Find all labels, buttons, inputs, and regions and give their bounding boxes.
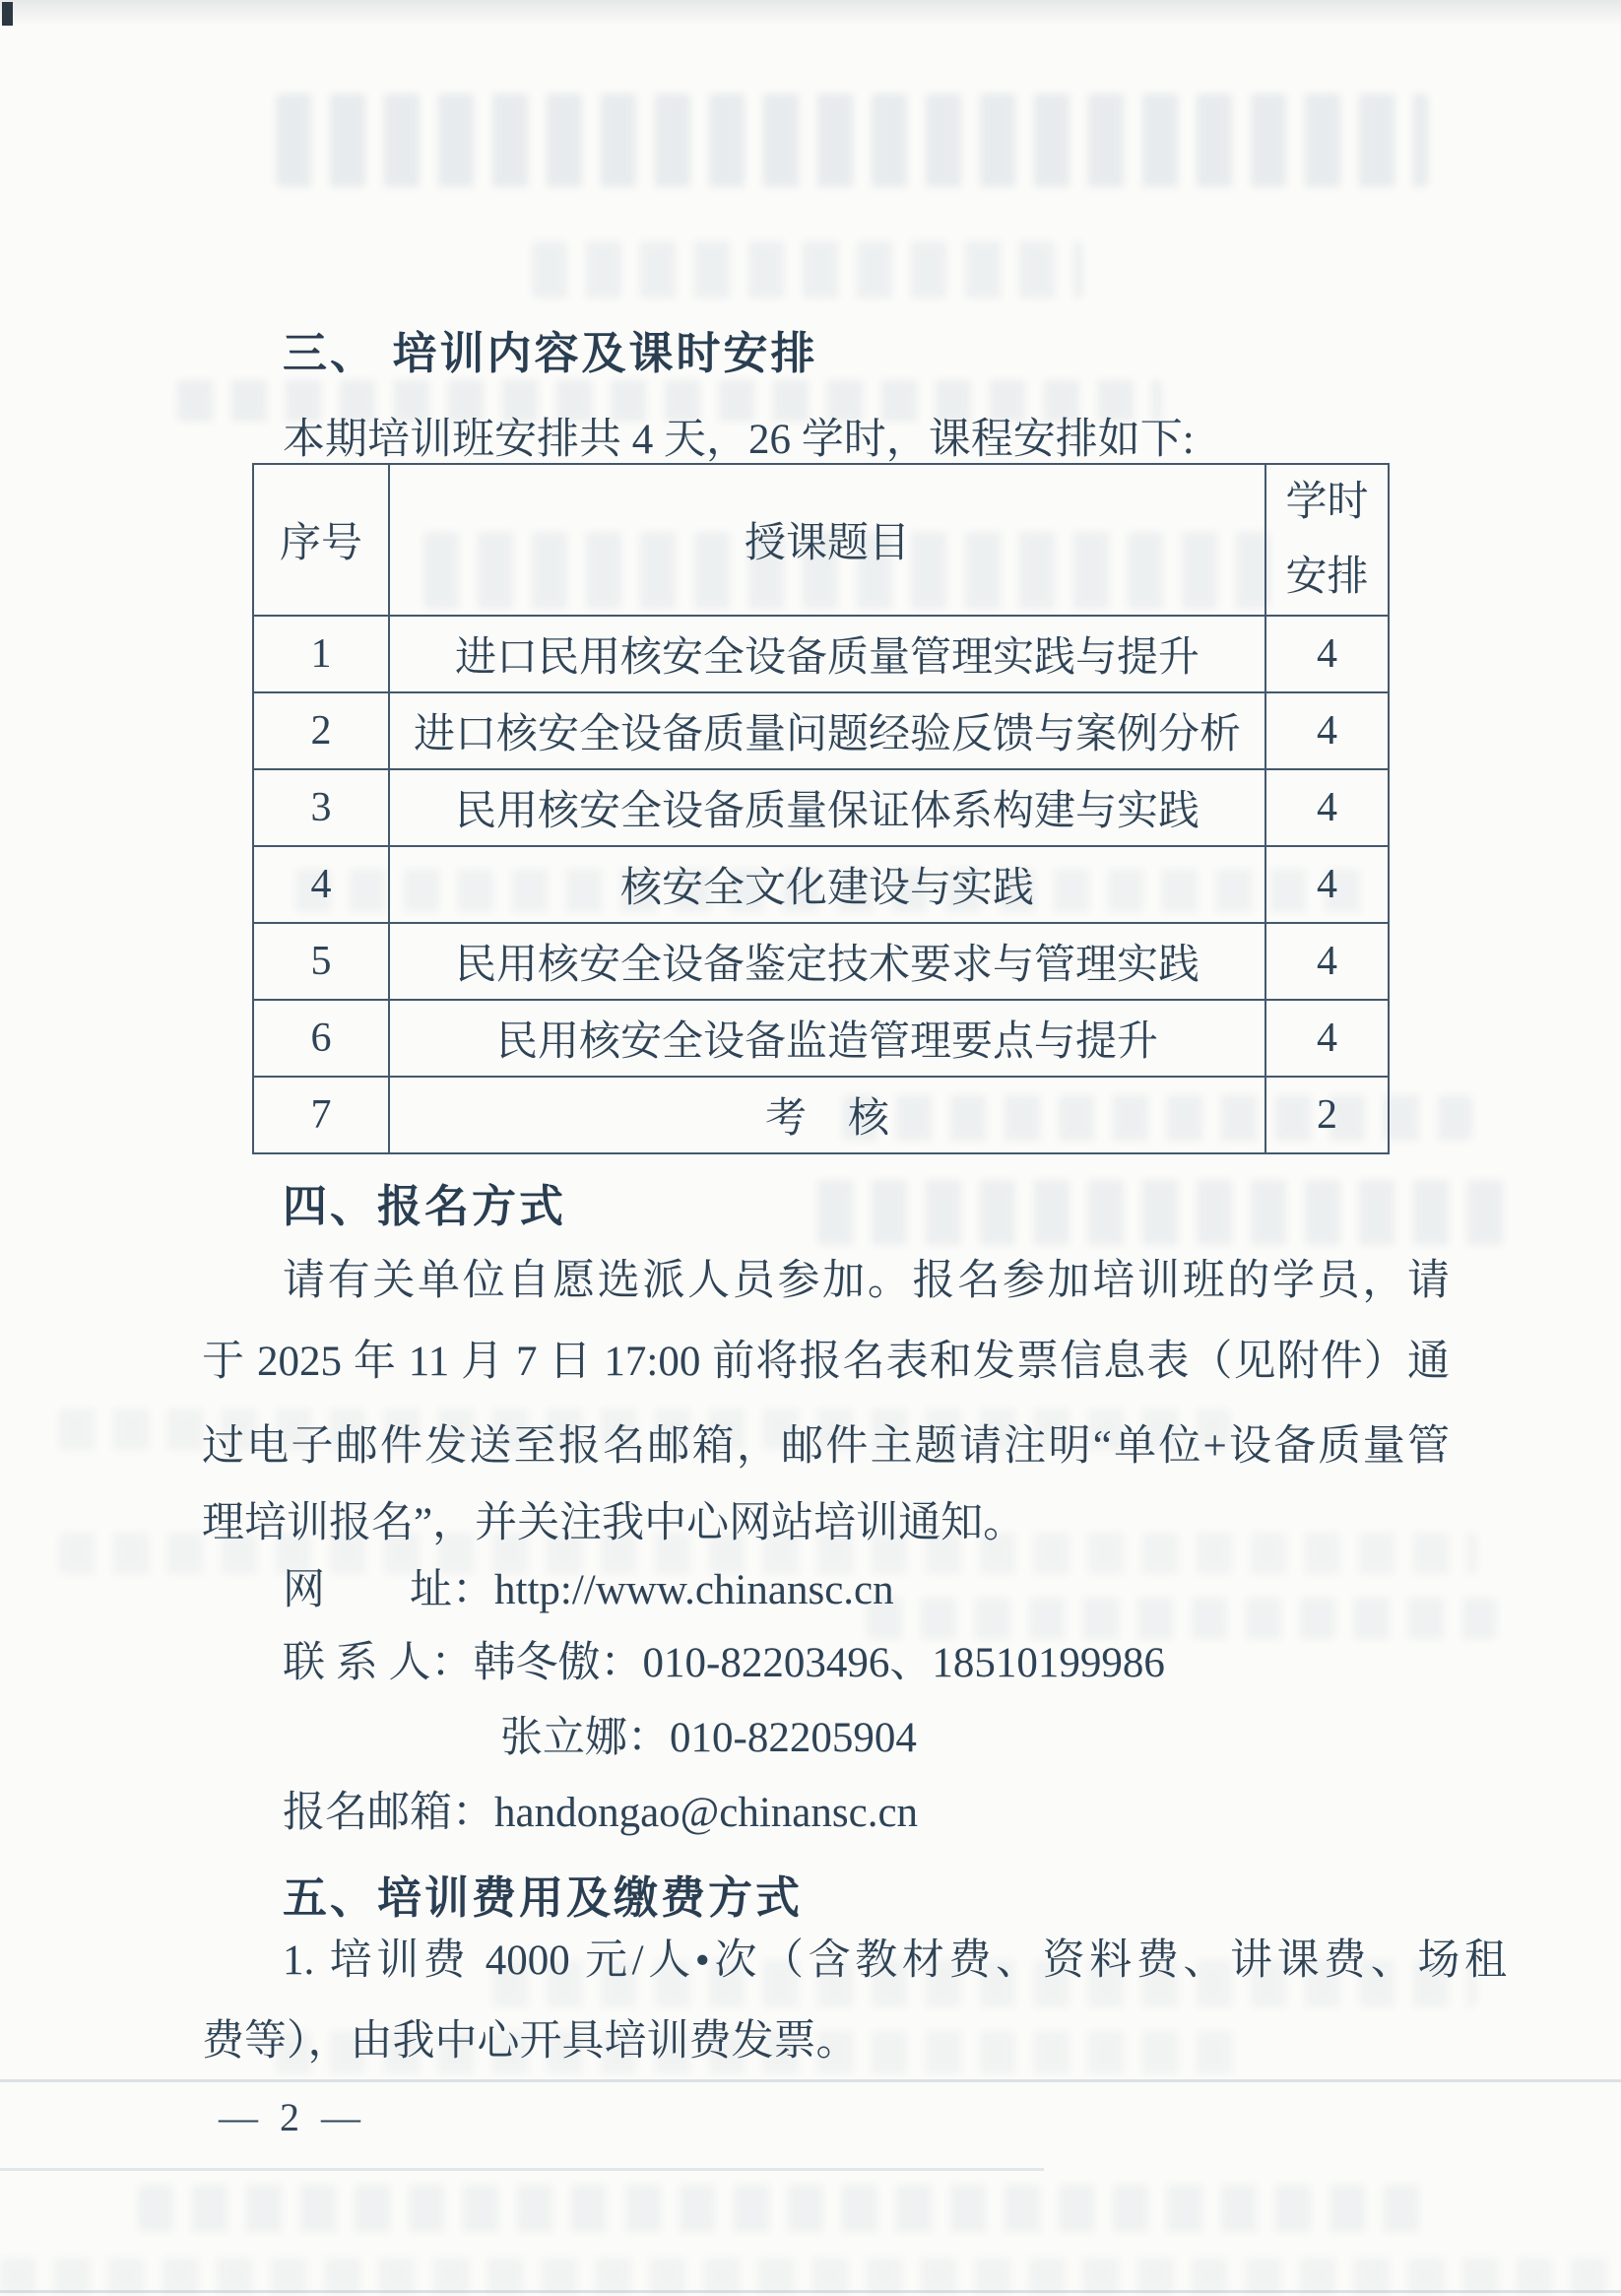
section5-paragraph-line: 1. 培训费 4000 元/人•次（含教材费、资料费、讲课费、场租 — [283, 1935, 1507, 1988]
header-hours-line2: 安排 — [1272, 540, 1382, 615]
scan-line-artifact — [0, 2079, 1621, 2082]
contact1-info: 韩冬傲：010-82203496、18510199986 — [474, 1640, 1165, 1686]
cell-no: 5 — [253, 923, 389, 1000]
table-row: 5 民用核安全设备鉴定技术要求与管理实践 4 — [253, 923, 1389, 1000]
bleed-through-artifact — [817, 1180, 1507, 1245]
cell-title: 民用核安全设备鉴定技术要求与管理实践 — [389, 923, 1265, 1000]
cell-title: 进口核安全设备质量问题经验反馈与案例分析 — [389, 692, 1265, 769]
cell-hours: 4 — [1265, 1000, 1389, 1077]
cell-no: 6 — [253, 1000, 389, 1077]
section5-heading: 五、培训费用及缴费方式 — [283, 1862, 803, 1926]
scan-line-artifact — [0, 2168, 1044, 2171]
scan-corner-mark — [2, 2, 13, 26]
section4-paragraph-line: 于 2025 年 11 月 7 日 17:00 前将报名表和发票信息表（见附件）… — [202, 1336, 1450, 1389]
section4-paragraph-line: 理培训报名”，并关注我中心网站培训通知。 — [202, 1497, 1025, 1550]
cell-hours: 4 — [1265, 923, 1389, 1000]
page-number: — 2 — — [219, 2094, 366, 2140]
cell-no: 3 — [253, 769, 389, 846]
table-row: 1 进口民用核安全设备质量管理实践与提升 4 — [253, 616, 1389, 692]
cell-title: 考 核 — [389, 1077, 1265, 1153]
cell-hours: 4 — [1265, 692, 1389, 769]
website-url: http://www.chinansc.cn — [494, 1567, 894, 1613]
header-cell-title: 授课题目 — [389, 464, 1265, 616]
email-address: handongao@chinansc.cn — [494, 1790, 918, 1836]
section4-paragraph-line: 过电子邮件发送至报名邮箱，邮件主题请注明“单位+设备质量管 — [202, 1420, 1450, 1474]
cell-title: 民用核安全设备监造管理要点与提升 — [389, 1000, 1265, 1077]
scan-line-artifact — [0, 2290, 1621, 2293]
header-hours-line1: 学时 — [1272, 465, 1382, 540]
scanned-document-page: 三、 培训内容及课时安排 本期培训班安排共 4 天，26 学时，课程安排如下: … — [0, 0, 1621, 2296]
cell-title: 民用核安全设备质量保证体系构建与实践 — [389, 769, 1265, 846]
contact-line-1: 联 系 人：韩冬傲：010-82203496、18510199986 — [283, 1637, 1165, 1690]
contact-label: 联 系 人： — [283, 1640, 474, 1686]
table-row: 2 进口核安全设备质量问题经验反馈与案例分析 4 — [253, 692, 1389, 769]
section5-paragraph-line: 费等），由我中心开具培训费发票。 — [202, 2015, 859, 2068]
course-schedule-table: 序号 授课题目 学时 安排 1 进口民用核安全设备质量管理实践与提升 4 2 进… — [252, 463, 1390, 1154]
bleed-through-artifact — [532, 241, 1083, 298]
cell-hours: 4 — [1265, 769, 1389, 846]
section4-heading: 四、报名方式 — [283, 1170, 566, 1234]
scan-top-shadow — [0, 0, 1621, 26]
website-label: 网 址： — [283, 1567, 494, 1613]
cell-hours: 4 — [1265, 846, 1389, 923]
cell-no: 4 — [253, 846, 389, 923]
email-label: 报名邮箱： — [283, 1790, 494, 1836]
table-row: 7 考 核 2 — [253, 1077, 1389, 1153]
section4-paragraph-line: 请有关单位自愿选派人员参加。报名参加培训班的学员，请 — [283, 1255, 1450, 1308]
section3-intro-line: 本期培训班安排共 4 天，26 学时，课程安排如下: — [283, 414, 1195, 467]
cell-title: 核安全文化建设与实践 — [389, 846, 1265, 923]
cell-no: 2 — [253, 692, 389, 769]
header-cell-hours: 学时 安排 — [1265, 464, 1389, 616]
bleed-through-artifact — [0, 2258, 1621, 2293]
table-header-row: 序号 授课题目 学时 安排 — [253, 464, 1389, 616]
cell-hours: 4 — [1265, 616, 1389, 692]
bleed-through-artifact — [138, 2185, 1438, 2232]
table-row: 3 民用核安全设备质量保证体系构建与实践 4 — [253, 769, 1389, 846]
cell-no: 7 — [253, 1077, 389, 1153]
bleed-through-artifact — [867, 1598, 1497, 1639]
bleed-through-artifact — [276, 94, 1428, 187]
email-line: 报名邮箱：handongao@chinansc.cn — [283, 1787, 918, 1840]
website-line: 网 址：http://www.chinansc.cn — [283, 1564, 894, 1617]
cell-hours: 2 — [1265, 1077, 1389, 1153]
table-row: 4 核安全文化建设与实践 4 — [253, 846, 1389, 923]
header-cell-no: 序号 — [253, 464, 389, 616]
cell-title: 进口民用核安全设备质量管理实践与提升 — [389, 616, 1265, 692]
section3-heading: 三、 培训内容及课时安排 — [283, 317, 818, 381]
cell-no: 1 — [253, 616, 389, 692]
contact-line-2: 张立娜：010-82205904 — [500, 1712, 917, 1765]
table-row: 6 民用核安全设备监造管理要点与提升 4 — [253, 1000, 1389, 1077]
